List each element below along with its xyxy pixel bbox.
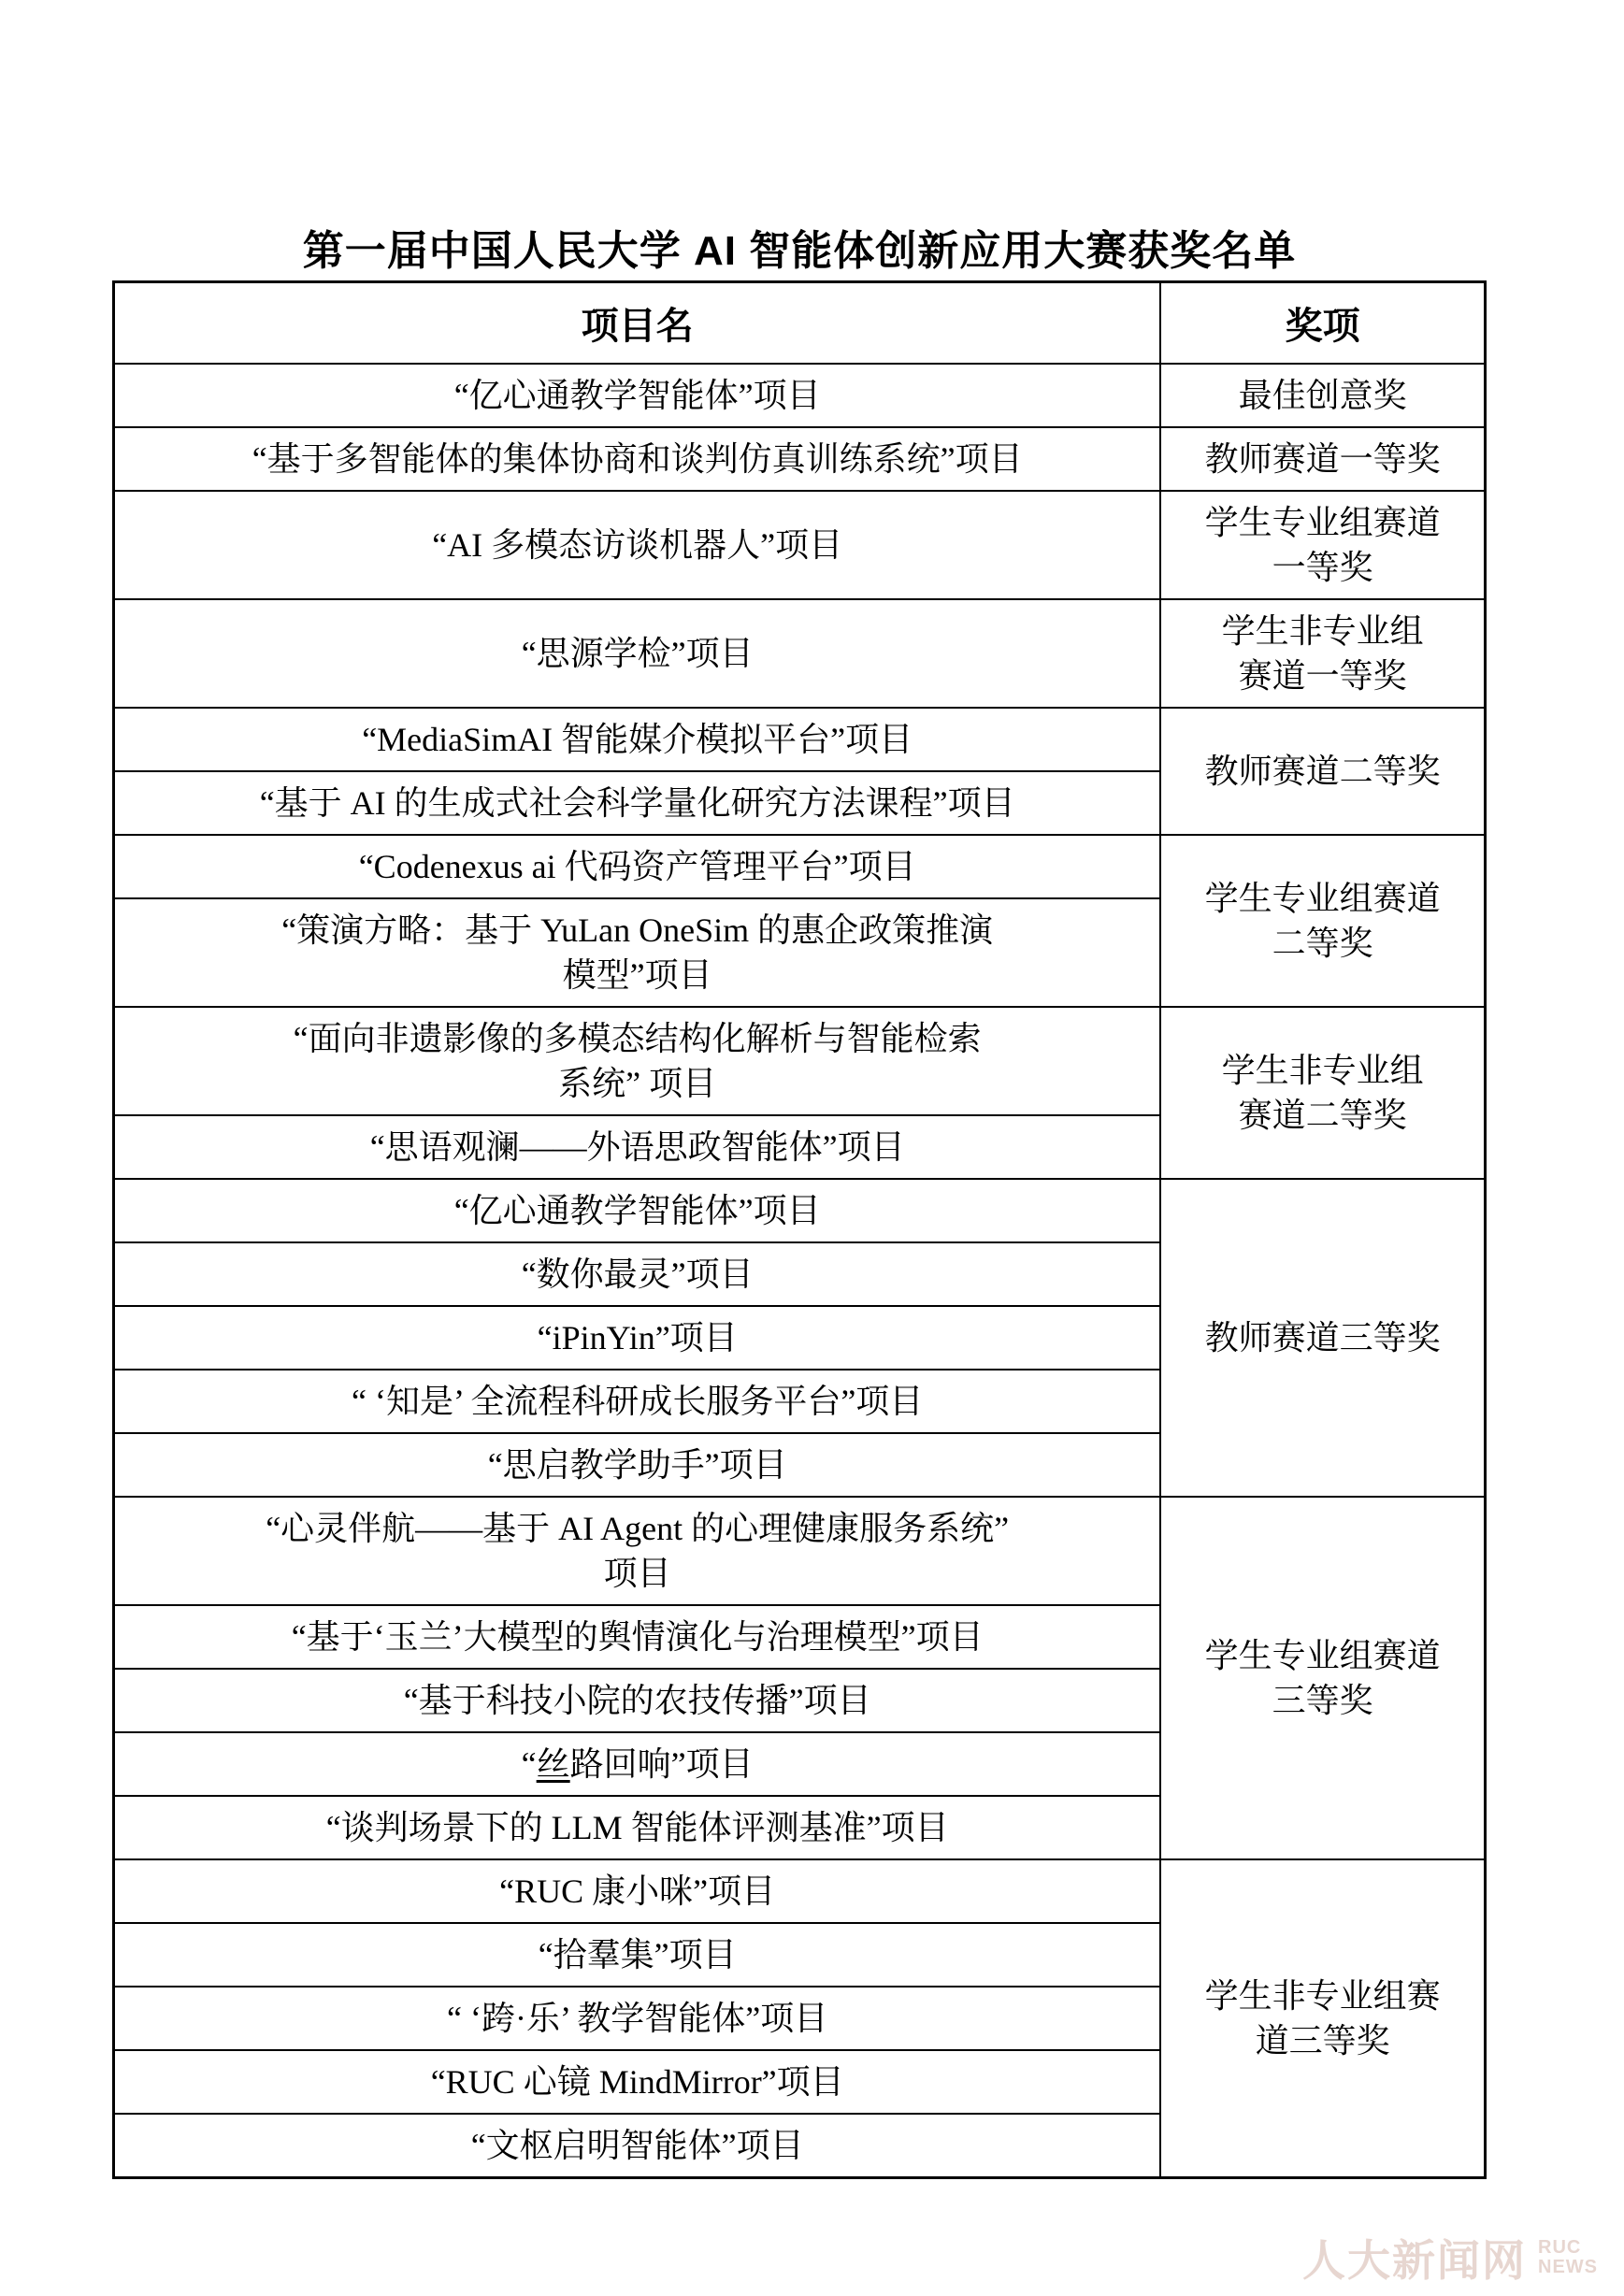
table-row: “面向非遗影像的多模态结构化解析与智能检索 系统” 项目学生非专业组 赛道二等奖 (114, 1007, 1486, 1115)
project-name-cell: “ ‘跨·乐’ 教学智能体”项目 (114, 1987, 1161, 2050)
watermark-en-line1: RUC (1538, 2238, 1598, 2258)
watermark: 人大新闻网 RUC NEWS (1302, 2227, 1598, 2289)
table-row: “思源学检”项目学生非专业组 赛道一等奖 (114, 599, 1486, 708)
document-page: 第一届中国人民大学 AI 智能体创新应用大赛获奖名单 项目名 奖项 “亿心通教学… (0, 0, 1624, 2296)
watermark-en-text: RUC NEWS (1538, 2238, 1598, 2277)
watermark-en-line2: NEWS (1538, 2258, 1598, 2277)
table-row: “Codenexus ai 代码资产管理平台”项目学生专业组赛道 二等奖 (114, 835, 1486, 898)
table-row: “亿心通教学智能体”项目教师赛道三等奖 (114, 1179, 1486, 1242)
header-project-name: 项目名 (114, 282, 1161, 365)
underlined-text: 丝 (537, 1745, 570, 1783)
project-name-cell: “RUC 康小咪”项目 (114, 1859, 1161, 1923)
project-name-cell: “AI 多模态访谈机器人”项目 (114, 491, 1161, 599)
table-row: “MediaSimAI 智能媒介模拟平台”项目教师赛道二等奖 (114, 708, 1486, 771)
project-name-cell: “亿心通教学智能体”项目 (114, 1179, 1161, 1242)
project-name-cell: “基于科技小院的农技传播”项目 (114, 1669, 1161, 1732)
header-award: 奖项 (1160, 282, 1485, 365)
award-cell: 学生专业组赛道 一等奖 (1160, 491, 1485, 599)
table-row: “心灵伴航——基于 AI Agent 的心理健康服务系统” 项目学生专业组赛道 … (114, 1497, 1486, 1605)
award-cell: 教师赛道三等奖 (1160, 1179, 1485, 1497)
project-name-cell: “面向非遗影像的多模态结构化解析与智能检索 系统” 项目 (114, 1007, 1161, 1115)
project-name-cell: “基于多智能体的集体协商和谈判仿真训练系统”项目 (114, 427, 1161, 491)
project-name-cell: “思源学检”项目 (114, 599, 1161, 708)
project-name-cell: “谈判场景下的 LLM 智能体评测基准”项目 (114, 1796, 1161, 1859)
award-cell: 教师赛道一等奖 (1160, 427, 1485, 491)
project-name-cell: “拾羣集”项目 (114, 1923, 1161, 1987)
table-row: “亿心通教学智能体”项目最佳创意奖 (114, 364, 1486, 427)
watermark-cn-text: 人大新闻网 (1302, 2227, 1527, 2289)
awards-table: 项目名 奖项 “亿心通教学智能体”项目最佳创意奖“基于多智能体的集体协商和谈判仿… (112, 280, 1487, 2179)
project-name-cell: “策演方略：基于 YuLan OneSim 的惠企政策推演 模型”项目 (114, 898, 1161, 1007)
table-row: “基于多智能体的集体协商和谈判仿真训练系统”项目教师赛道一等奖 (114, 427, 1486, 491)
project-name-cell: “RUC 心镜 MindMirror”项目 (114, 2050, 1161, 2114)
awards-table-body: “亿心通教学智能体”项目最佳创意奖“基于多智能体的集体协商和谈判仿真训练系统”项… (114, 364, 1486, 2178)
project-name-cell: “心灵伴航——基于 AI Agent 的心理健康服务系统” 项目 (114, 1497, 1161, 1605)
page-title: 第一届中国人民大学 AI 智能体创新应用大赛获奖名单 (112, 217, 1487, 277)
project-name-cell: “Codenexus ai 代码资产管理平台”项目 (114, 835, 1161, 898)
table-header-row: 项目名 奖项 (114, 282, 1486, 365)
award-cell: 学生专业组赛道 三等奖 (1160, 1497, 1485, 1859)
project-name-cell: “思启教学助手”项目 (114, 1433, 1161, 1497)
project-name-cell: “ ‘知是’ 全流程科研成长服务平台”项目 (114, 1370, 1161, 1433)
award-cell: 学生非专业组 赛道一等奖 (1160, 599, 1485, 708)
award-cell: 教师赛道二等奖 (1160, 708, 1485, 835)
table-row: “RUC 康小咪”项目学生非专业组赛 道三等奖 (114, 1859, 1486, 1923)
project-name-cell: “思语观澜——外语思政智能体”项目 (114, 1115, 1161, 1179)
award-cell: 最佳创意奖 (1160, 364, 1485, 427)
project-name-cell: “基于‘玉兰’大模型的舆情演化与治理模型”项目 (114, 1605, 1161, 1669)
project-name-cell: “丝路回响”项目 (114, 1732, 1161, 1796)
project-name-cell: “iPinYin”项目 (114, 1306, 1161, 1370)
award-cell: 学生专业组赛道 二等奖 (1160, 835, 1485, 1007)
award-cell: 学生非专业组赛 道三等奖 (1160, 1859, 1485, 2178)
project-name-cell: “基于 AI 的生成式社会科学量化研究方法课程”项目 (114, 771, 1161, 835)
project-name-cell: “MediaSimAI 智能媒介模拟平台”项目 (114, 708, 1161, 771)
project-name-cell: “数你最灵”项目 (114, 1242, 1161, 1306)
award-cell: 学生非专业组 赛道二等奖 (1160, 1007, 1485, 1179)
project-name-cell: “亿心通教学智能体”项目 (114, 364, 1161, 427)
table-row: “AI 多模态访谈机器人”项目学生专业组赛道 一等奖 (114, 491, 1486, 599)
project-name-cell: “文枢启明智能体”项目 (114, 2114, 1161, 2178)
